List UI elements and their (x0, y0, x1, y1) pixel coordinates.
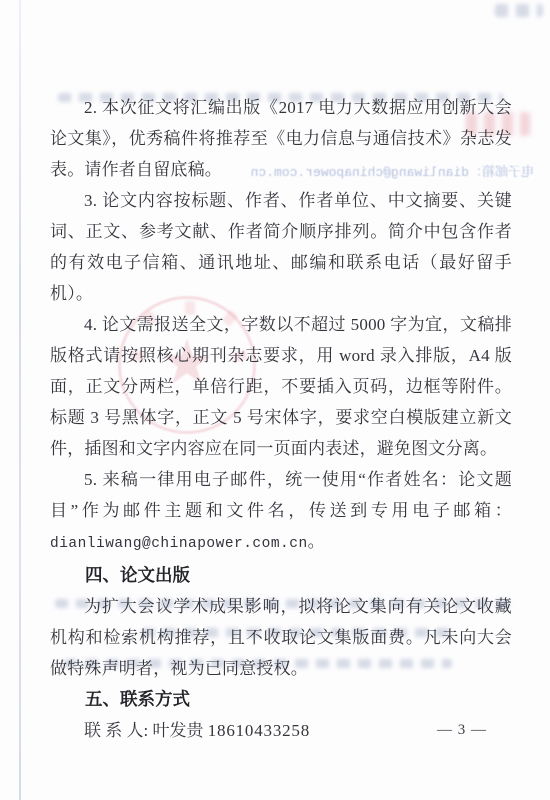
item-5-text: 5. 来稿一律用电子邮件，统一使用“作者姓名：论文题目”作为邮件主题和文件名，传… (50, 470, 512, 520)
paragraph-item-2: 2. 本次征文将汇编出版《2017 电力大数据应用创新大会论文集》，优秀稿件将推… (50, 92, 512, 185)
submission-email: dianliwang@chinapower.com.cn (50, 536, 308, 552)
scan-fold-line (19, 0, 21, 800)
item-5-period: 。 (308, 532, 325, 551)
contact-phone: 18610433258 (208, 721, 310, 740)
contact-label: 联 系 人: (84, 721, 148, 740)
paragraph-item-3: 3. 论文内容按标题、作者、作者单位、中文摘要、关键词、正文、参考文献、作者简介… (50, 185, 512, 309)
section-heading-paper-publication: 四、论文出版 (50, 560, 512, 591)
paragraph-publication-terms: 为扩大会议学术成果影响，拟将论文集向有关论文收藏机构和检索机构推荐，且不收取论文… (50, 591, 512, 684)
paragraph-item-5: 5. 来稿一律用电子邮件，统一使用“作者姓名：论文题目”作为邮件主题和文件名，传… (50, 464, 512, 560)
bleedthrough-line (495, 4, 543, 17)
contact-name: 叶发贵 (152, 721, 203, 740)
paragraph-item-4: 4. 论文需报送全文，字数以不超过 5000 字为宜，文稿排版格式请按照核心期刊… (50, 309, 512, 464)
document-body: 2. 本次征文将汇编出版《2017 电力大数据应用创新大会论文集》，优秀稿件将推… (50, 92, 512, 746)
section-heading-contact-info: 五、联系方式 (50, 684, 512, 715)
scanned-document-page: 电子邮箱：dianliwang@chinapower.com.cn ★ 2. 本… (0, 0, 550, 800)
page-number: — 3 — (437, 722, 487, 739)
